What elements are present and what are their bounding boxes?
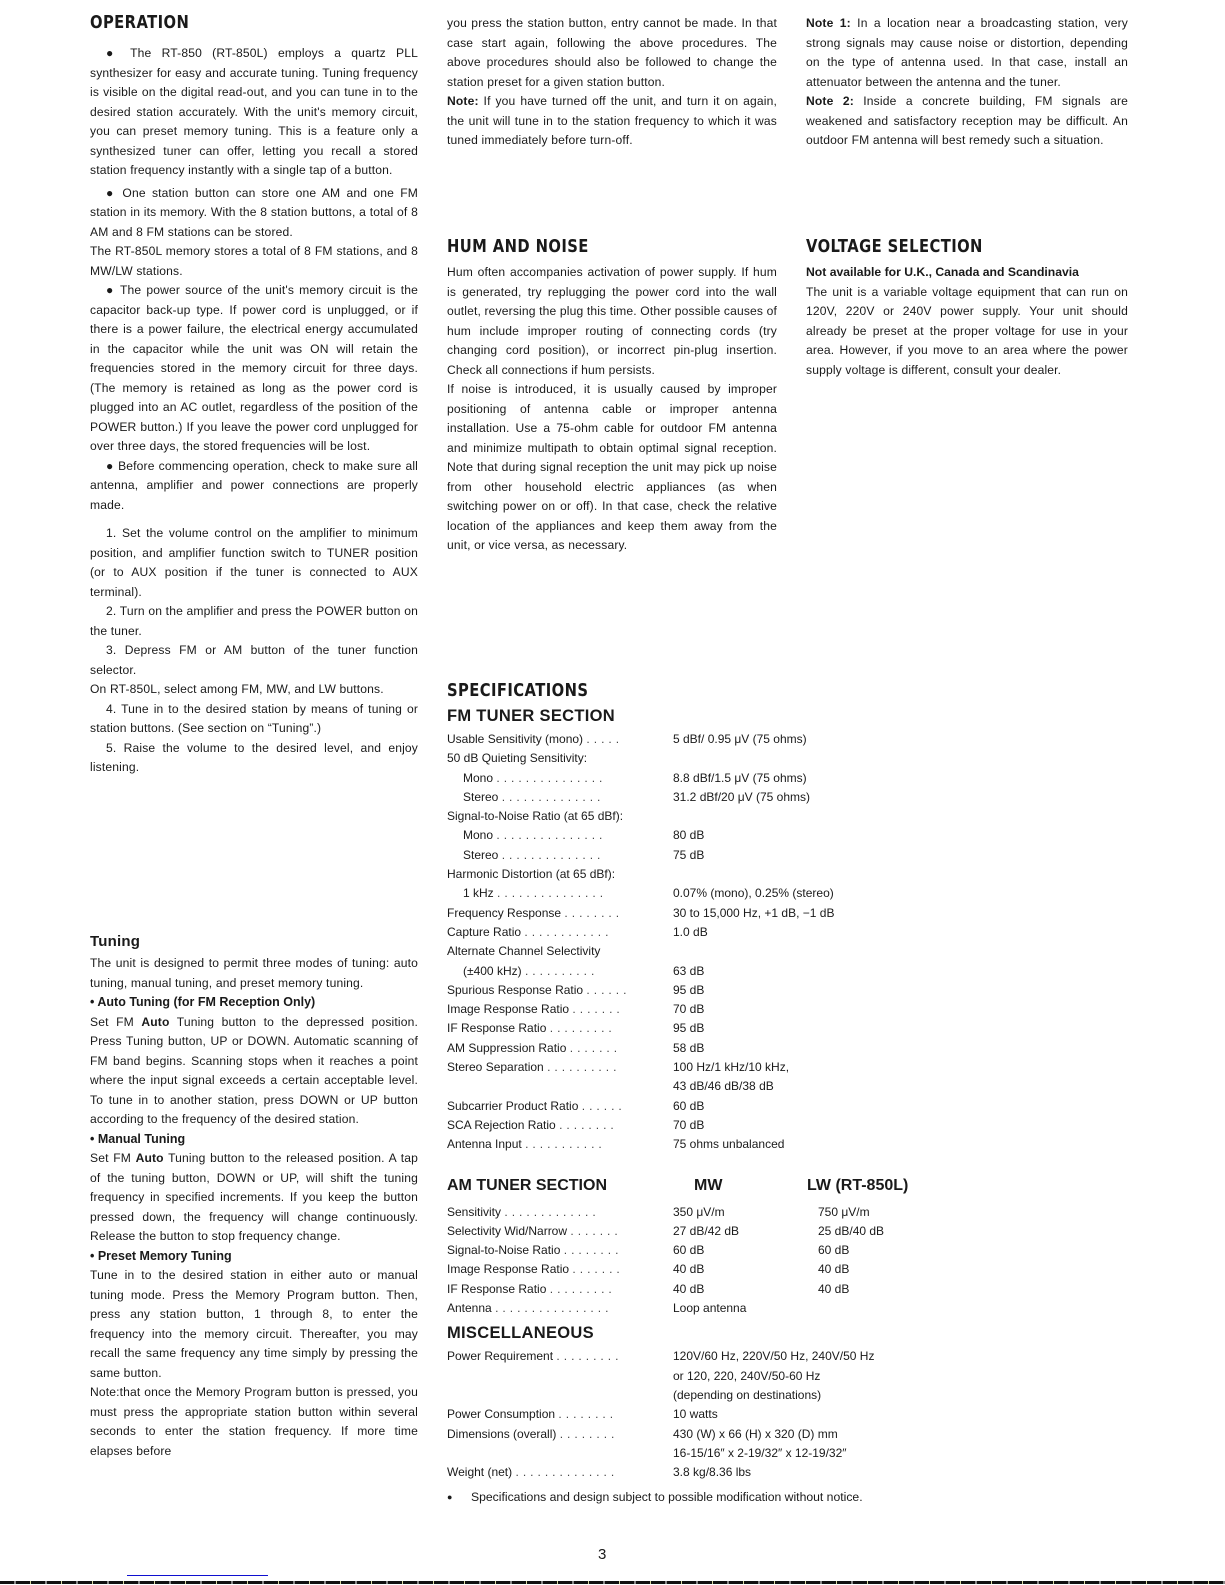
- leader-dots: ...............: [497, 886, 607, 900]
- spec-row: Frequency Response ........30 to 15,000 …: [447, 904, 1147, 923]
- spec-value: 70 dB: [673, 1116, 704, 1135]
- leader-dots: .........: [556, 1349, 622, 1363]
- spec-label: Mono ...............: [463, 769, 606, 788]
- spec-label: Power Requirement .........: [447, 1347, 622, 1366]
- leader-dots: ......: [586, 983, 630, 997]
- leader-dots: .........: [550, 1282, 616, 1296]
- spec-row: Signal-to-Noise Ratio (at 65 dBf):: [447, 807, 1147, 826]
- spec-row: Usable Sensitivity (mono) .....5 dBf/ 0.…: [447, 730, 1147, 749]
- spec-label: Spurious Response Ratio ......: [447, 981, 630, 1000]
- leader-dots: ........: [560, 1427, 619, 1441]
- scan-artifact-line: [127, 1575, 268, 1576]
- spec-row: or 120, 220, 240V/50-60 Hz: [447, 1367, 1147, 1386]
- spec-row: Sensitivity .............350 μV/m750 μV/…: [447, 1203, 1147, 1222]
- spec-label: Sensitivity .............: [447, 1203, 600, 1222]
- tuning-continued: you press the station button, entry cann…: [447, 14, 777, 151]
- spec-label: Stereo Separation ..........: [447, 1058, 620, 1077]
- auto-tuning-text: Set FM Auto Tuning button to the depress…: [90, 1013, 418, 1130]
- spec-value: 10 watts: [673, 1405, 718, 1424]
- spec-row: SCA Rejection Ratio ........70 dB: [447, 1116, 1147, 1135]
- leader-dots: ...............: [496, 771, 606, 785]
- spec-row: Image Response Ratio .......70 dB: [447, 1000, 1147, 1019]
- spec-value: 58 dB: [673, 1039, 704, 1058]
- spec-row: IF Response Ratio .........40 dB40 dB: [447, 1280, 1147, 1299]
- operation-paragraph: ● One station button can store one AM an…: [90, 184, 418, 243]
- spec-label: Weight (net) ..............: [447, 1463, 618, 1482]
- spec-row: 43 dB/46 dB/38 dB: [447, 1077, 1147, 1096]
- spec-row: Stereo ..............75 dB: [447, 846, 1147, 865]
- spec-label: Power Consumption ........: [447, 1405, 617, 1424]
- leader-dots: ..............: [502, 790, 605, 804]
- voltage-title: VOLTAGE SELECTION: [806, 236, 1070, 257]
- hum-noise-title: HUM AND NOISE: [447, 236, 718, 257]
- spec-value: 120V/60 Hz, 220V/50 Hz, 240V/50 Hz: [673, 1347, 874, 1366]
- spec-value: 16-15/16″ x 2-19/32″ x 12-19/32″: [673, 1444, 847, 1463]
- spec-value: 27 dB/42 dB: [673, 1222, 739, 1241]
- spec-row: Mono ...............80 dB: [447, 826, 1147, 845]
- spec-label: Image Response Ratio .......: [447, 1000, 624, 1019]
- am-col-lw: LW (RT-850L): [807, 1177, 908, 1195]
- spec-row: Selectivity Wid/Narrow .......27 dB/42 d…: [447, 1222, 1147, 1241]
- spec-row: Image Response Ratio .......40 dB40 dB: [447, 1260, 1147, 1279]
- spec-value-lw: 40 dB: [818, 1260, 849, 1279]
- leader-dots: ..........: [525, 964, 598, 978]
- spec-value: 80 dB: [673, 826, 704, 845]
- spec-value: 100 Hz/1 kHz/10 kHz,: [673, 1058, 789, 1077]
- operation-paragraph: The RT-850L memory stores a total of 8 F…: [90, 242, 418, 281]
- leader-dots: ..............: [515, 1465, 618, 1479]
- leader-dots: ...........: [525, 1137, 606, 1151]
- spec-row: (depending on destinations): [447, 1386, 1147, 1405]
- spec-value: 30 to 15,000 Hz, +1 dB, −1 dB: [673, 904, 834, 923]
- fm-spec-table: Usable Sensitivity (mono) .....5 dBf/ 0.…: [447, 730, 1147, 1155]
- spec-value: 43 dB/46 dB/38 dB: [673, 1077, 774, 1096]
- spec-label: Antenna ................: [447, 1299, 612, 1318]
- leader-dots: .....: [586, 732, 623, 746]
- operation-step: 1. Set the volume control on the amplifi…: [90, 524, 418, 602]
- am-tuner-section-title: AM TUNER SECTION: [447, 1177, 607, 1195]
- spec-label: Image Response Ratio .......: [447, 1260, 624, 1279]
- leader-dots: ............: [524, 925, 612, 939]
- preset-tuning-text: Tune in to the desired station in either…: [90, 1266, 418, 1383]
- spec-value: 40 dB: [673, 1260, 704, 1279]
- spec-row: 1 kHz ...............0.07% (mono), 0.25%…: [447, 884, 1147, 903]
- spec-value: 31.2 dBf/20 μV (75 ohms): [673, 788, 810, 807]
- page-number: 3: [598, 1546, 606, 1563]
- spec-label: Mono ...............: [463, 826, 606, 845]
- preset-tuning-note: Note:that once the Memory Program button…: [90, 1383, 418, 1461]
- spec-value: 430 (W) x 66 (H) x 320 (D) mm: [673, 1425, 838, 1444]
- spec-row: Signal-to-Noise Ratio ........60 dB60 dB: [447, 1241, 1147, 1260]
- am-tuner-header: AM TUNER SECTION MW LW (RT-850L): [447, 1177, 1147, 1203]
- spec-row: 50 dB Quieting Sensitivity:: [447, 749, 1147, 768]
- note-2: Note 2: Inside a concrete building, FM s…: [806, 92, 1128, 151]
- spec-value: Loop antenna: [673, 1299, 746, 1318]
- am-spec-table: Sensitivity .............350 μV/m750 μV/…: [447, 1203, 1147, 1319]
- spec-label: 1 kHz ...............: [463, 884, 607, 903]
- spec-label: AM Suppression Ratio .......: [447, 1039, 621, 1058]
- spec-row: Capture Ratio ............1.0 dB: [447, 923, 1147, 942]
- spec-value: 63 dB: [673, 962, 704, 981]
- spec-row: Power Requirement .........120V/60 Hz, 2…: [447, 1347, 1147, 1366]
- spec-value-lw: 750 μV/m: [818, 1203, 870, 1222]
- spec-label: Dimensions (overall) ........: [447, 1425, 618, 1444]
- spec-row: Mono ...............8.8 dBf/1.5 μV (75 o…: [447, 769, 1147, 788]
- notes-section: Note 1: In a location near a broadcastin…: [806, 14, 1128, 151]
- specifications-section: SPECIFICATIONS FM TUNER SECTION Usable S…: [447, 680, 1147, 1508]
- spec-value: 3.8 kg/8.36 lbs: [673, 1463, 751, 1482]
- spec-row: AM Suppression Ratio .......58 dB: [447, 1039, 1147, 1058]
- operation-step: On RT-850L, select among FM, MW, and LW …: [90, 680, 418, 700]
- manual-tuning-heading: • Manual Tuning: [90, 1130, 418, 1150]
- operation-step: 5. Raise the volume to the desired level…: [90, 739, 418, 778]
- voltage-section: VOLTAGE SELECTION Not available for U.K.…: [806, 236, 1128, 380]
- preset-tuning-heading: • Preset Memory Tuning: [90, 1247, 418, 1267]
- operation-paragraph: ● Before commencing operation, check to …: [90, 457, 418, 516]
- spec-value: 95 dB: [673, 981, 704, 1000]
- spec-label: Signal-to-Noise Ratio (at 65 dBf):: [447, 807, 623, 826]
- voltage-text: The unit is a variable voltage equipment…: [806, 283, 1128, 381]
- spec-value-lw: 40 dB: [818, 1280, 849, 1299]
- spec-value: 75 dB: [673, 846, 704, 865]
- operation-step: 2. Turn on the amplifier and press the P…: [90, 602, 418, 641]
- spec-label: Selectivity Wid/Narrow .......: [447, 1222, 622, 1241]
- operation-paragraph: ● The RT-850 (RT-850L) employs a quartz …: [90, 44, 418, 181]
- tuning-section: Tuning The unit is designed to permit th…: [90, 933, 418, 1461]
- spec-label: 50 dB Quieting Sensitivity:: [447, 749, 587, 768]
- spec-value-lw: 25 dB/40 dB: [818, 1222, 884, 1241]
- tuning-title: Tuning: [90, 933, 418, 950]
- spec-value: 60 dB: [673, 1097, 704, 1116]
- operation-step: 3. Depress FM or AM button of the tuner …: [90, 641, 418, 680]
- operation-title: OPERATION: [90, 12, 189, 33]
- spec-value: 95 dB: [673, 1019, 704, 1038]
- spec-row: Power Consumption ........10 watts: [447, 1405, 1147, 1424]
- spec-label: Alternate Channel Selectivity: [447, 942, 600, 961]
- spec-row: Subcarrier Product Ratio ......60 dB: [447, 1097, 1147, 1116]
- voltage-subtitle: Not available for U.K., Canada and Scand…: [806, 263, 1128, 283]
- tuning-continued-text: you press the station button, entry cann…: [447, 14, 777, 92]
- leader-dots: ......: [582, 1099, 626, 1113]
- spec-row: Alternate Channel Selectivity: [447, 942, 1147, 961]
- leader-dots: .......: [572, 1002, 623, 1016]
- leader-dots: .......: [572, 1262, 623, 1276]
- spec-row: Stereo ..............31.2 dBf/20 μV (75 …: [447, 788, 1147, 807]
- leader-dots: .............: [504, 1205, 599, 1219]
- spec-label: Stereo ..............: [463, 788, 604, 807]
- spec-label: Signal-to-Noise Ratio ........: [447, 1241, 622, 1260]
- spec-value: 70 dB: [673, 1000, 704, 1019]
- leader-dots: ........: [564, 906, 623, 920]
- spec-value: or 120, 220, 240V/50-60 Hz: [673, 1367, 820, 1386]
- spec-label: Subcarrier Product Ratio ......: [447, 1097, 626, 1116]
- spec-value-lw: 60 dB: [818, 1241, 849, 1260]
- spec-label: (±400 kHz) ..........: [463, 962, 598, 981]
- spec-label: Usable Sensitivity (mono) .....: [447, 730, 623, 749]
- hum-noise-paragraph: Hum often accompanies activation of powe…: [447, 263, 777, 380]
- page-bottom-border: [0, 1581, 1225, 1584]
- tuning-note: Note: If you have turned off the unit, a…: [447, 92, 777, 151]
- spec-row: Stereo Separation ..........100 Hz/1 kHz…: [447, 1058, 1147, 1077]
- leader-dots: ...............: [496, 828, 606, 842]
- spec-label: Frequency Response ........: [447, 904, 623, 923]
- spec-row: Antenna Input ...........75 ohms unbalan…: [447, 1135, 1147, 1154]
- leader-dots: ................: [495, 1301, 612, 1315]
- spec-label: Stereo ..............: [463, 846, 604, 865]
- spec-value: 5 dBf/ 0.95 μV (75 ohms): [673, 730, 807, 749]
- operation-body: ● The RT-850 (RT-850L) employs a quartz …: [90, 44, 418, 778]
- leader-dots: ........: [558, 1407, 617, 1421]
- spec-value: 60 dB: [673, 1241, 704, 1260]
- fm-tuner-section-title: FM TUNER SECTION: [447, 707, 1147, 726]
- spec-row: Weight (net) ..............3.8 kg/8.36 l…: [447, 1463, 1147, 1482]
- leader-dots: ..........: [547, 1060, 620, 1074]
- spec-value: 350 μV/m: [673, 1203, 725, 1222]
- spec-row: Harmonic Distortion (at 65 dBf):: [447, 865, 1147, 884]
- spec-label: IF Response Ratio .........: [447, 1019, 616, 1038]
- leader-dots: .......: [570, 1224, 621, 1238]
- misc-spec-table: Power Requirement .........120V/60 Hz, 2…: [447, 1347, 1147, 1482]
- spec-value: 8.8 dBf/1.5 μV (75 ohms): [673, 769, 807, 788]
- hum-noise-section: HUM AND NOISE Hum often accompanies acti…: [447, 236, 777, 556]
- misc-section-title: MISCELLANEOUS: [447, 1324, 1147, 1343]
- leader-dots: .........: [550, 1021, 616, 1035]
- leader-dots: ........: [564, 1243, 623, 1257]
- spec-label: Harmonic Distortion (at 65 dBf):: [447, 865, 615, 884]
- spec-row: Dimensions (overall) ........430 (W) x 6…: [447, 1425, 1147, 1444]
- leader-dots: ........: [559, 1118, 618, 1132]
- manual-tuning-text: Set FM Auto Tuning button to the release…: [90, 1149, 418, 1247]
- spec-label: SCA Rejection Ratio ........: [447, 1116, 618, 1135]
- specifications-title: SPECIFICATIONS: [447, 680, 1021, 701]
- spec-label: Antenna Input ...........: [447, 1135, 606, 1154]
- spec-row: Spurious Response Ratio ......95 dB: [447, 981, 1147, 1000]
- spec-value: 75 ohms unbalanced: [673, 1135, 784, 1154]
- auto-tuning-heading: • Auto Tuning (for FM Reception Only): [90, 993, 418, 1013]
- operation-paragraph: ● The power source of the unit's memory …: [90, 281, 418, 457]
- spec-row: IF Response Ratio .........95 dB: [447, 1019, 1147, 1038]
- note-1: Note 1: In a location near a broadcastin…: [806, 14, 1128, 92]
- hum-noise-paragraph: If noise is introduced, it is usually ca…: [447, 380, 777, 556]
- spec-value: 1.0 dB: [673, 923, 708, 942]
- spec-value: (depending on destinations): [673, 1386, 821, 1405]
- tuning-intro: The unit is designed to permit three mod…: [90, 954, 418, 993]
- spec-row: (±400 kHz) ..........63 dB: [447, 962, 1147, 981]
- spec-footnote: Specifications and design subject to pos…: [447, 1488, 941, 1508]
- spec-row: 16-15/16″ x 2-19/32″ x 12-19/32″: [447, 1444, 1147, 1463]
- operation-step: 4. Tune in to the desired station by mea…: [90, 700, 418, 739]
- spec-label: Capture Ratio ............: [447, 923, 612, 942]
- spec-row: Antenna ................Loop antenna: [447, 1299, 1147, 1318]
- am-col-mw: MW: [694, 1177, 722, 1195]
- leader-dots: ..............: [502, 848, 605, 862]
- leader-dots: .......: [570, 1041, 621, 1055]
- spec-label: IF Response Ratio .........: [447, 1280, 616, 1299]
- spec-value: 0.07% (mono), 0.25% (stereo): [673, 884, 834, 903]
- spec-value: 40 dB: [673, 1280, 704, 1299]
